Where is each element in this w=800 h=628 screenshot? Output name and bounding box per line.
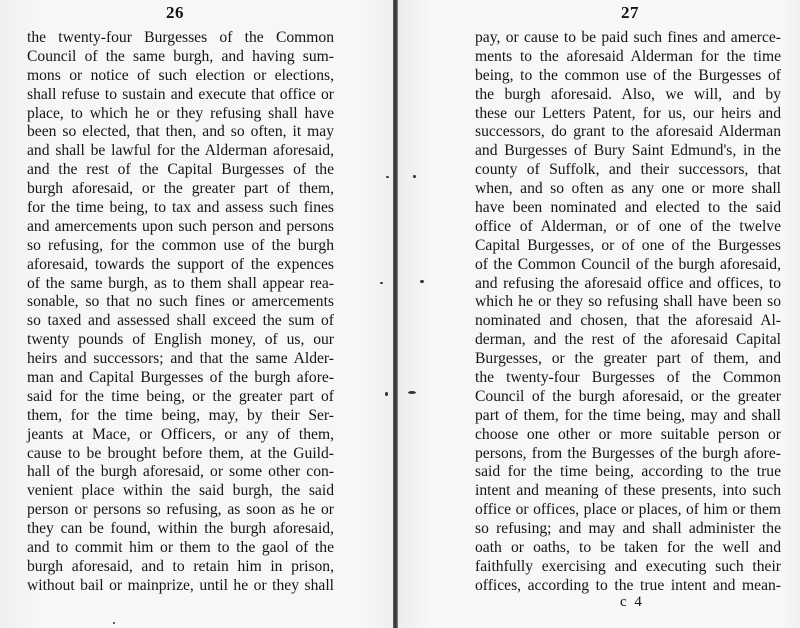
text-line: of the same burgh, as to them shall appe… <box>27 275 334 294</box>
text-line: they can be found, within the burgh afor… <box>27 520 334 539</box>
text-line: burgh aforesaid, or the greater part of … <box>27 180 334 199</box>
text-line: oath or oaths, to be taken for the well … <box>475 539 781 558</box>
text-line: heirs and successors; and that the same … <box>27 350 334 369</box>
text-line: and Burgesses of Bury Saint Edmund's, in… <box>475 142 781 161</box>
text-line: the burgh aforesaid. Also, we will, and … <box>475 86 781 105</box>
text-line: Burgesses, or the greater part of them, … <box>475 350 781 369</box>
text-line: have been nominated and elected to the s… <box>475 199 781 218</box>
text-line: them, for the time being, may, by their … <box>27 407 334 426</box>
text-line: office of Alderman, or of one of the twe… <box>475 218 781 237</box>
text-line: without bail or mainprize, until he or t… <box>27 577 334 596</box>
text-line: shall refuse to sustain and execute that… <box>27 86 334 105</box>
text-line: intent and meaning of these presents, in… <box>475 482 781 501</box>
left-page-text: the twenty-four Burgesses of the Common … <box>27 29 334 596</box>
text-line: these our Letters Patent, for us, our he… <box>475 105 781 124</box>
scan-speck <box>380 282 383 284</box>
text-line: cause to be brought before them, at the … <box>27 445 334 464</box>
text-line: mons or notice of such election or elect… <box>27 67 334 86</box>
text-line: ments to the aforesaid Alderman for the … <box>475 48 781 67</box>
text-line: persons, from the Burgesses of the burgh… <box>475 445 781 464</box>
text-line: and amercements upon such person and per… <box>27 218 334 237</box>
text-line: choose one other or more suitable person… <box>475 426 781 445</box>
scan-speck <box>386 176 389 178</box>
text-line: place, to which he or they refusing shal… <box>27 105 334 124</box>
text-line: man and Capital Burgesses of the burgh a… <box>27 369 334 388</box>
text-line: county of Suffolk, and their successors,… <box>475 161 781 180</box>
text-line: hall of the burgh aforesaid, or some oth… <box>27 463 334 482</box>
text-line: when, and so often as any one or more sh… <box>475 180 781 199</box>
text-line: Council of the burgh aforesaid, or the g… <box>475 388 781 407</box>
text-line: and to commit him or them to the gaol of… <box>27 539 334 558</box>
book-spread: 26 the twenty-four Burgesses of the Comm… <box>0 0 800 628</box>
left-page: 26 the twenty-four Burgesses of the Comm… <box>0 0 394 628</box>
text-line: person or persons so refusing, as soon a… <box>27 501 334 520</box>
text-line: faithfully exercising and executing such… <box>475 558 781 577</box>
text-line: said for the time being, or the greater … <box>27 388 334 407</box>
text-line: so refusing; and may and shall administe… <box>475 520 781 539</box>
text-line: twenty pounds of English money, of us, o… <box>27 331 334 350</box>
text-line: the twenty-four Burgesses of the Common <box>475 369 781 388</box>
text-line: derman, and the rest of the aforesaid Ca… <box>475 331 781 350</box>
text-line: nominated and chosen, that the aforesaid… <box>475 312 781 331</box>
text-line: been so elected, that then, and so often… <box>27 123 334 142</box>
text-line: burgh aforesaid, and to retain him in pr… <box>27 558 334 577</box>
scan-speck <box>420 280 424 283</box>
text-line: venient place within the said burgh, the… <box>27 482 334 501</box>
text-line: and shall be lawful for the Alderman afo… <box>27 142 334 161</box>
text-line: offices, according to the true intent an… <box>475 577 781 596</box>
text-line: so refusing, for the common use of the b… <box>27 237 334 256</box>
text-line: which he or they so refusing shall have … <box>475 293 781 312</box>
scan-speck <box>385 392 388 396</box>
text-line: so taxed and assessed shall exceed the s… <box>27 312 334 331</box>
text-line: the twenty-four Burgesses of the Common <box>27 29 334 48</box>
text-line: of the Common Council of the burgh afore… <box>475 256 781 275</box>
text-line: jeants at Mace, or Officers, or any of t… <box>27 426 334 445</box>
text-line: for the time being, to tax and assess su… <box>27 199 334 218</box>
signature-mark: c 4 <box>620 594 644 611</box>
text-line: being, to the common use of the Burgesse… <box>475 67 781 86</box>
text-line: Capital Burgesses, or of one of the Burg… <box>475 237 781 256</box>
text-line: office or offices, place or places, of h… <box>475 501 781 520</box>
text-line: and refusing the aforesaid office and of… <box>475 275 781 294</box>
text-line: pay, or cause to be paid such fines and … <box>475 29 781 48</box>
scan-speck <box>113 622 115 624</box>
text-line: successors, do grant to the aforesaid Al… <box>475 123 781 142</box>
text-line: aforesaid, towards the support of the ex… <box>27 256 334 275</box>
text-line: Council of the same burgh, and having su… <box>27 48 334 67</box>
scan-speck <box>413 175 416 178</box>
page-number-right: 27 <box>621 3 639 23</box>
page-number-left: 26 <box>166 3 184 23</box>
right-page-text: pay, or cause to be paid such fines and … <box>475 29 781 596</box>
scan-speck <box>408 391 416 394</box>
text-line: and the rest of the Capital Burgesses of… <box>27 161 334 180</box>
text-line: said for the time being, according to th… <box>475 463 781 482</box>
text-line: sonable, so that no such fines or amerce… <box>27 293 334 312</box>
text-line: part of them, for the time being, may an… <box>475 407 781 426</box>
